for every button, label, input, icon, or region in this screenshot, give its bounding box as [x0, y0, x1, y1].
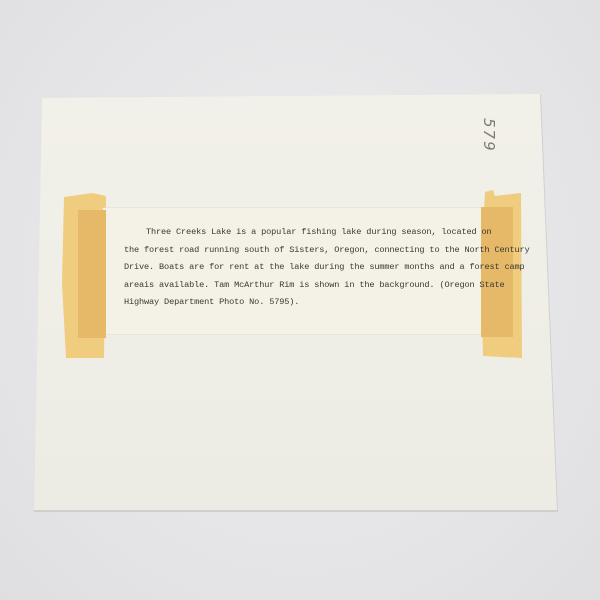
- caption-line: Drive. Boats are for rent at the lake du…: [124, 259, 484, 277]
- tape-left-overlap: [78, 210, 106, 338]
- caption-line: the forest road running south of Sisters…: [124, 242, 484, 260]
- caption-line: Three Creeks Lake is a popular fishing l…: [124, 224, 484, 242]
- caption-text: Three Creeks Lake is a popular fishing l…: [124, 224, 484, 312]
- handwritten-number: 579: [480, 118, 498, 153]
- caption-line: areais available. Tam McArthur Rim is sh…: [124, 277, 484, 295]
- caption-line: Highway Department Photo No. 5795).: [124, 294, 484, 312]
